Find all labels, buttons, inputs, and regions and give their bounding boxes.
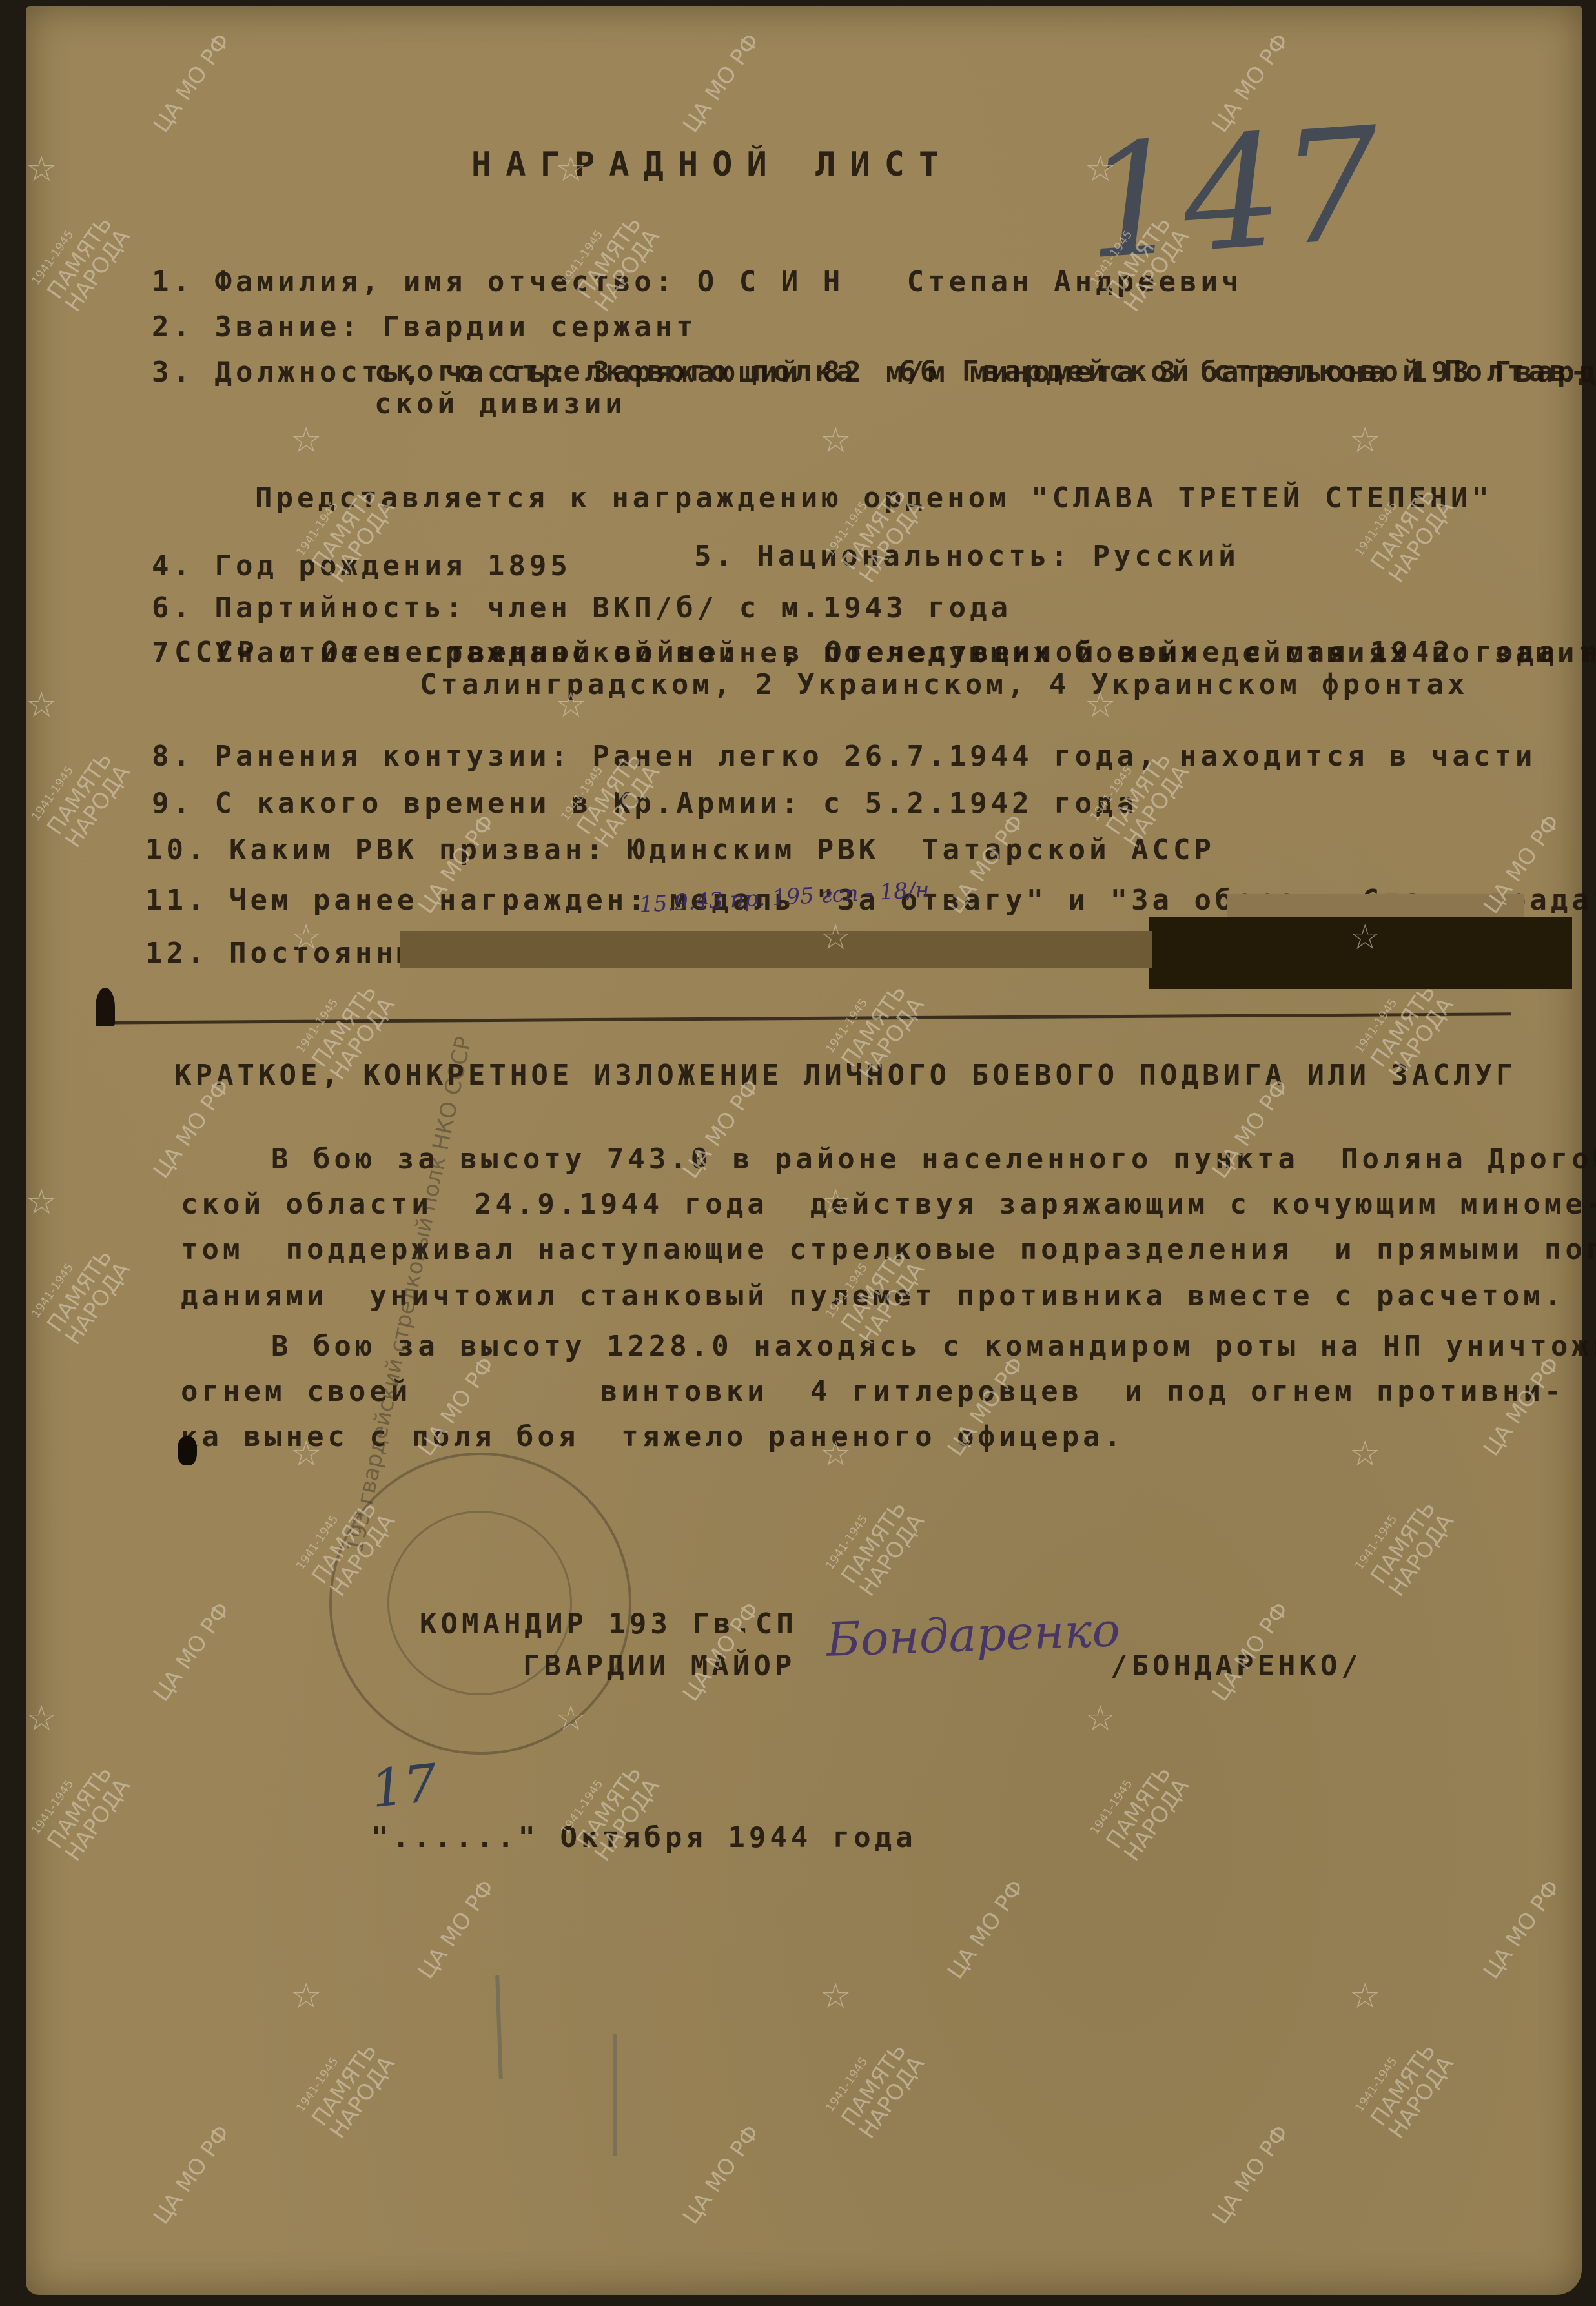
watermark-star-icon: ☆	[820, 1181, 851, 1222]
watermark-star-icon: ☆	[291, 1975, 322, 2016]
watermark-star-icon: ☆	[555, 148, 586, 189]
field-number: 12.	[145, 937, 208, 970]
watermark-star-icon: ☆	[291, 917, 322, 957]
date-close-quote: "	[518, 1821, 539, 1854]
date-day-handwritten: 17	[368, 1753, 440, 1819]
watermark-star-icon: ☆	[26, 1698, 57, 1739]
watermark-star-icon: ☆	[1349, 1433, 1380, 1474]
watermark-star-icon: ☆	[1349, 1975, 1380, 2016]
watermark-star-icon: ☆	[820, 420, 851, 460]
commander-handwritten-signature: Бондаренко	[826, 1602, 1121, 1667]
watermark-star-icon: ☆	[1349, 420, 1380, 460]
watermark-star-icon: ☆	[555, 1698, 586, 1739]
field-7-continuation: СССР и Отечественной войне: в Отечествен…	[174, 636, 1596, 669]
commander-rank: ГВАРДИИ МАЙОР	[523, 1649, 795, 1682]
ink-blot	[178, 1436, 197, 1465]
watermark-star-icon: ☆	[291, 420, 322, 460]
date-open-quote: "	[371, 1821, 393, 1854]
field-3-continuation: ской дивизии	[374, 387, 626, 420]
address-redaction-strip	[400, 931, 1152, 968]
field-3-continuation: ского стрелкового полка 66 Гвардейской с…	[374, 355, 1591, 388]
watermark-star-icon: ☆	[1085, 684, 1116, 725]
watermark-star-icon: ☆	[26, 1181, 57, 1222]
watermark-star-icon: ☆	[1349, 917, 1380, 957]
ink-blot	[96, 988, 115, 1026]
watermark-star-icon: ☆	[291, 1433, 322, 1474]
watermark-star-icon: ☆	[26, 148, 57, 189]
field-value: Русский	[1092, 540, 1239, 573]
narrative-line: В бою за высоту 743.0 в районе населенно…	[187, 1143, 1596, 1176]
watermark-star-icon: ☆	[26, 684, 57, 725]
document-title: НАГРАДНОЙ ЛИСТ	[471, 145, 953, 184]
watermark-star-icon: ☆	[820, 1433, 851, 1474]
watermark-star-icon: ☆	[1085, 1698, 1116, 1739]
watermark-star-icon: ☆	[820, 917, 851, 957]
field-number: 3.	[152, 356, 194, 389]
watermark-star-icon: ☆	[555, 684, 586, 725]
pencil-mark	[613, 2034, 617, 2156]
date-dots: ......	[392, 1821, 518, 1854]
watermark-star-icon: ☆	[1085, 148, 1116, 189]
narrative-line: ской области 24.9.1944 года действуя зар…	[181, 1188, 1596, 1221]
watermark-star-icon: ☆	[820, 1975, 851, 2016]
